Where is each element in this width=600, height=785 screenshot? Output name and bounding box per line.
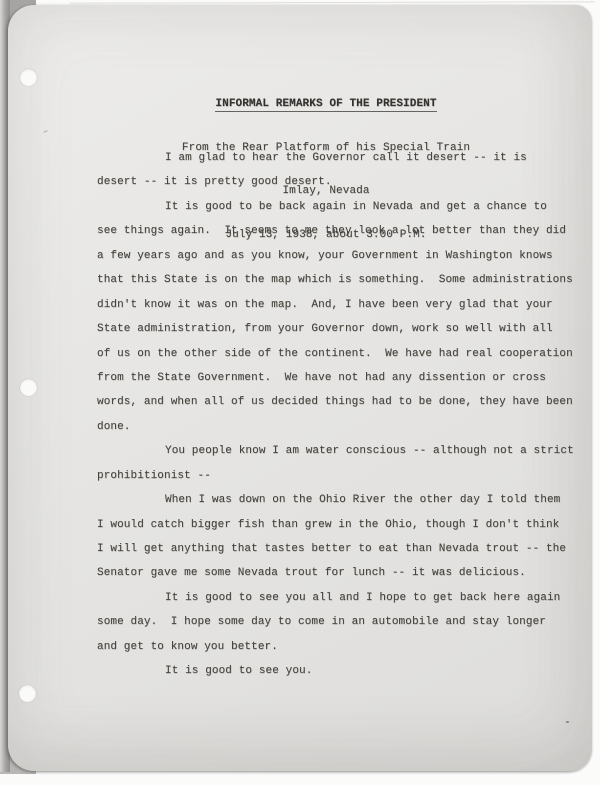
- body-line: from the State Government. We have not h…: [97, 372, 589, 396]
- body-line: see things again. It seems to me they lo…: [97, 225, 589, 249]
- body-line: desert -- it is pretty good desert.: [97, 176, 589, 200]
- body-line: done.: [97, 421, 589, 445]
- body-line: of us on the other side of the continent…: [97, 348, 589, 372]
- document-body: I am glad to hear the Governor call it d…: [97, 152, 589, 690]
- body-line: When I was down on the Ohio River the ot…: [97, 494, 589, 518]
- body-line: that this State is on the map which is s…: [97, 274, 589, 298]
- body-line: It is good to see you.: [97, 665, 589, 689]
- body-line: I will get anything that tastes better t…: [97, 543, 589, 567]
- body-line: It is good to be back again in Nevada an…: [97, 201, 589, 225]
- scanned-photo: INFORMAL REMARKS OF THE PRESIDENT From t…: [0, 0, 600, 785]
- body-line: I am glad to hear the Governor call it d…: [97, 152, 589, 176]
- body-line: You people know I am water conscious -- …: [97, 445, 589, 469]
- body-line: prohibitionist --: [97, 470, 589, 494]
- body-line: words, and when all of us decided things…: [97, 396, 589, 420]
- body-line: I would catch bigger fish than grew in t…: [97, 519, 589, 543]
- paper-sheet: INFORMAL REMARKS OF THE PRESIDENT From t…: [8, 5, 592, 771]
- body-line: Senator gave me some Nevada trout for lu…: [97, 567, 589, 591]
- punch-hole-middle: [20, 379, 37, 396]
- body-line: didn't know it was on the map. And, I ha…: [97, 299, 589, 323]
- body-line: and get to know you better.: [97, 641, 589, 665]
- sheet-behind-bottom-edge: [150, 777, 600, 779]
- paper-speck: [566, 721, 569, 723]
- body-line: State administration, from your Governor…: [97, 323, 589, 347]
- body-line: some day. I hope some day to come in an …: [97, 616, 589, 640]
- body-line: a few years ago and as you know, your Go…: [97, 250, 589, 274]
- punch-hole-bottom: [19, 685, 36, 702]
- body-line: It is good to see you all and I hope to …: [97, 592, 589, 616]
- heading-title: INFORMAL REMARKS OF THE PRESIDENT: [60, 97, 592, 112]
